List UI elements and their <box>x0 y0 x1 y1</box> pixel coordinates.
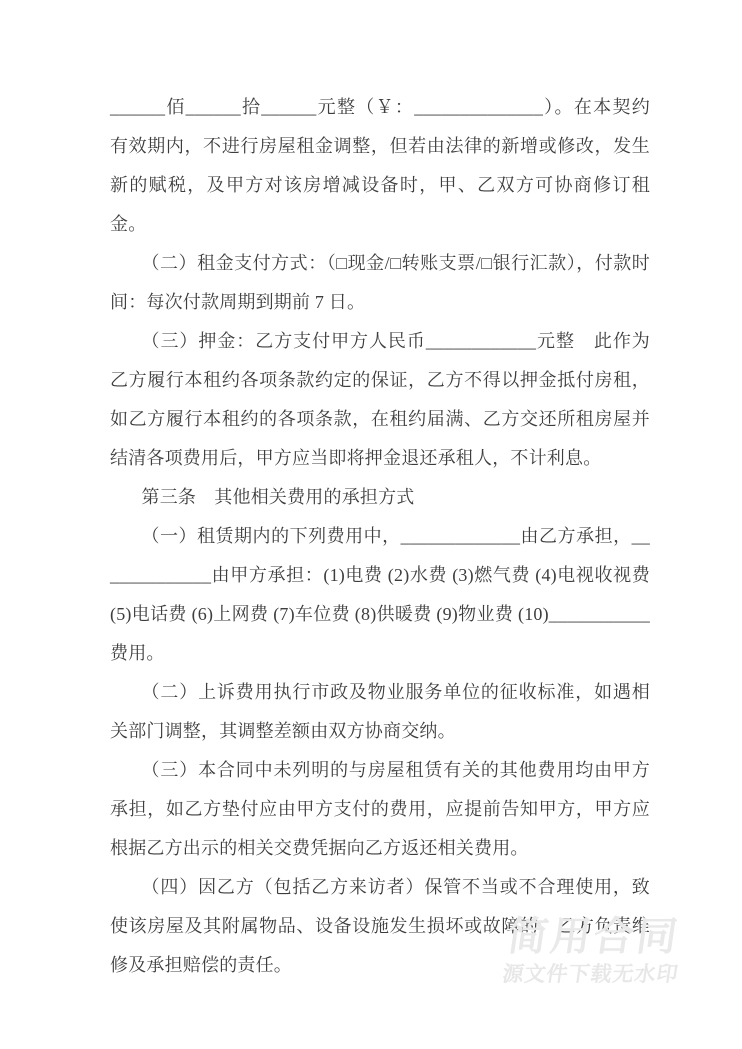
paragraph-payment-method: （二）租金支付方式：（□现金/□转账支票/□银行汇款），付款时间：每次付款周期到… <box>110 244 650 322</box>
contract-document-page: ______佰______拾______元整（￥：______________）… <box>0 0 742 1049</box>
paragraph-deposit: （三）押金：乙方支付甲方人民币____________元整 此作为乙方履行本租约… <box>110 322 650 478</box>
section-heading-article-3: 第三条 其他相关费用的承担方式 <box>110 478 650 517</box>
paragraph-fee-standards: （二）上诉费用执行市政及物业服务单位的征收标准，如遇相关部门调整，其调整差额由双… <box>110 673 650 751</box>
paragraph-rent-amount-and-adjustment: ______佰______拾______元整（￥：______________）… <box>110 88 650 244</box>
paragraph-damage-liability: （四）因乙方（包括乙方来访者）保管不当或不合理使用，致使该房屋及其附属物品、设备… <box>110 868 650 985</box>
paragraph-fees-allocation: （一）租赁期内的下列费用中，_____________由乙方承担，_______… <box>110 517 650 673</box>
paragraph-unlisted-fees: （三）本合同中未列明的与房屋租赁有关的其他费用均由甲方承担，如乙方垫付应由甲方支… <box>110 751 650 868</box>
contract-body: ______佰______拾______元整（￥：______________）… <box>110 88 650 985</box>
